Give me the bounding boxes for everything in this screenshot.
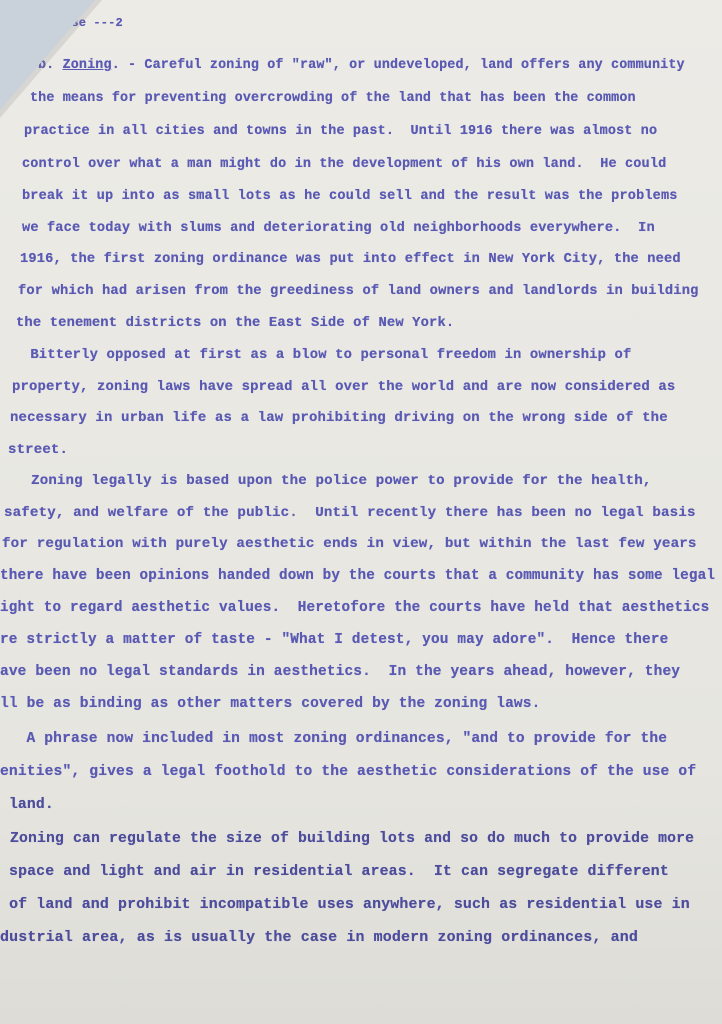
text-line: street. — [8, 442, 68, 458]
section-heading-line: b. Zoning. - Careful zoning of "raw", or… — [38, 58, 685, 73]
text-line: property, zoning laws have spread all ov… — [12, 379, 675, 395]
text-line: safety, and welfare of the public. Until… — [4, 505, 696, 521]
folded-page-corner — [0, 0, 95, 110]
text-line: space and light and air in residential a… — [0, 864, 669, 880]
text-line: ight to regard aesthetic values. Heretof… — [0, 600, 709, 616]
text-line: A phrase now included in most zoning ord… — [0, 731, 667, 747]
text-line: land. — [0, 797, 54, 813]
text-line: ave been no legal standards in aesthetic… — [0, 664, 680, 680]
text-line: control over what a man might do in the … — [22, 157, 666, 172]
text-line: for regulation with purely aesthetic end… — [2, 536, 697, 552]
text-line: Zoning can regulate the size of building… — [10, 831, 694, 847]
text-line: practice in all cities and towns in the … — [24, 124, 657, 139]
text-line: Bitterly opposed at first as a blow to p… — [0, 347, 632, 363]
text-line: 1916, the first zoning ordinance was put… — [20, 252, 681, 267]
text-line: enities", gives a legal foothold to the … — [0, 764, 696, 780]
text-line: we face today with slums and deteriorati… — [22, 221, 655, 236]
section-first-line: . - Careful zoning of "raw", or undevelo… — [112, 58, 685, 73]
text-line: ll be as binding as other matters covere… — [0, 696, 541, 712]
text-line: of land and prohibit incompatible uses a… — [0, 897, 690, 913]
text-line: dustrial area, as is usually the case in… — [0, 930, 638, 946]
text-line: break it up into as small lots as he cou… — [22, 189, 678, 204]
typewritten-page: Use ---2 b. Zoning. - Careful zoning of … — [0, 0, 722, 1024]
text-line: for which had arisen from the greediness… — [18, 284, 699, 299]
text-line: necessary in urban life as a law prohibi… — [10, 410, 668, 426]
text-line: re strictly a matter of taste - "What I … — [0, 632, 668, 648]
text-line: Zoning legally is based upon the police … — [0, 473, 652, 489]
text-line: the means for preventing overcrowding of… — [30, 91, 636, 106]
text-line: there have been opinions handed down by … — [0, 568, 715, 584]
text-line: the tenement districts on the East Side … — [16, 316, 454, 331]
